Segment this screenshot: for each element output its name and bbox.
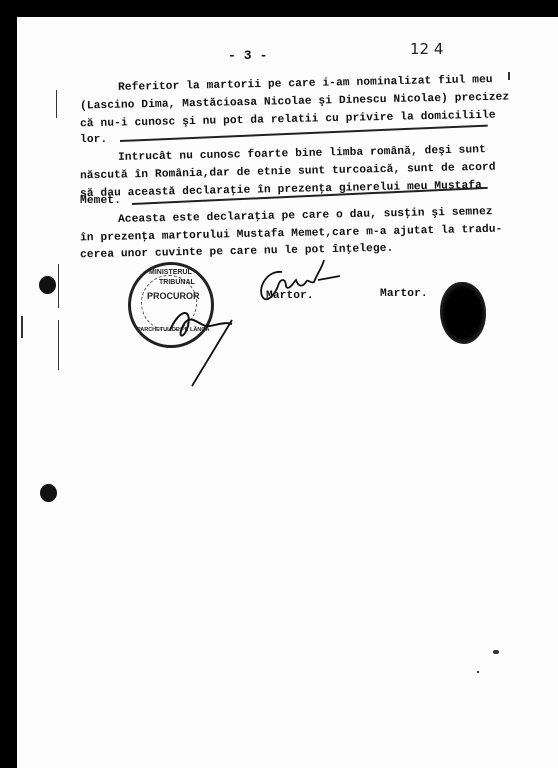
- margin-mark: [58, 320, 59, 370]
- scan-border-top: [0, 0, 558, 17]
- ink-speck: [477, 671, 479, 673]
- witness-label-2: Martor.: [380, 288, 428, 300]
- witness-label-1: Martor.: [266, 290, 314, 302]
- fingerprint-mark: [440, 282, 486, 344]
- ink-speck: [493, 650, 499, 654]
- scan-border-left: [0, 0, 17, 768]
- paragraph-1-line-4: lor.: [80, 134, 107, 146]
- paragraph-2-line-4: Memet.: [80, 195, 121, 207]
- margin-mark: [56, 90, 57, 118]
- binder-hole-2: [40, 484, 57, 502]
- margin-mark: [508, 72, 510, 80]
- official-signature: [140, 268, 270, 388]
- binder-hole-1: [39, 276, 56, 294]
- handwritten-reference: 12 4: [410, 40, 443, 58]
- margin-mark: [21, 316, 23, 338]
- margin-mark: [58, 264, 59, 308]
- page-number: - 3 -: [228, 48, 268, 63]
